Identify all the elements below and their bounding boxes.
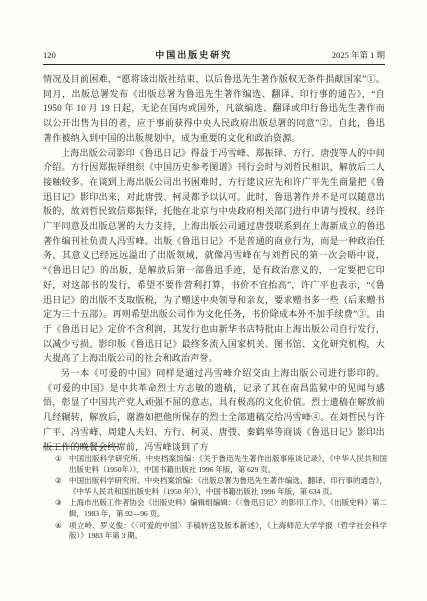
footnote-marker: ② bbox=[55, 476, 69, 497]
footnote-separator bbox=[43, 446, 119, 447]
issue-label: 2025 年第 1 期 bbox=[332, 49, 385, 61]
footnote-marker: ④ bbox=[55, 521, 69, 542]
footnote-item-3: ③ 上海市出版工作者协会《出版史料》编辑组编辑：《〈鲁迅日记〉的影印工作》，《出… bbox=[43, 498, 387, 519]
footnote-text: 项立岭、罗义俊：《〈可爱的中国〉手稿转送及版本新述》，《上海师范大学学报（哲学社… bbox=[69, 521, 387, 542]
article-body: 情况及目前困难，“愿将该出版社结束，以后鲁迅先生著作版权无条件捐献国家”①。同月… bbox=[43, 72, 385, 454]
footnote-text: 中国出版科学研究所、中央档案馆编：《出版总署为鲁迅先生著作编选、翻译、印行事的通… bbox=[69, 476, 387, 497]
paragraph-2: 上海出版公司影印《鲁迅日记》得益于冯雪峰、郑振铎、方行、唐弢等人的中间介绍。方行… bbox=[43, 146, 385, 367]
page-number: 120 bbox=[43, 50, 56, 60]
footnote-marker: ① bbox=[55, 454, 69, 475]
footnote-text: 中国出版科学研究所、中央档案馆编：《关于鲁迅先生著作出版事座谈记录》，《中华人民… bbox=[69, 454, 387, 475]
footnote-item-4: ④ 项立岭、罗义俊：《〈可爱的中国〉手稿转送及版本新述》，《上海师范大学学报（哲… bbox=[43, 521, 387, 542]
footnote-marker: ③ bbox=[55, 498, 69, 519]
journal-page: 120 中国出版史研究 2025 年第 1 期 情况及目前困难，“愿将该出版社结… bbox=[0, 0, 427, 601]
journal-title: 中国出版史研究 bbox=[155, 48, 232, 61]
page-header: 120 中国出版史研究 2025 年第 1 期 bbox=[43, 48, 385, 61]
footnotes-block: ① 中国出版科学研究所、中央档案馆编：《关于鲁迅先生著作出版事座谈记录》，《中华… bbox=[43, 446, 387, 543]
footnote-item-1: ① 中国出版科学研究所、中央档案馆编：《关于鲁迅先生著作出版事座谈记录》，《中华… bbox=[43, 454, 387, 475]
header-rule bbox=[43, 64, 385, 65]
footnote-text: 上海市出版工作者协会《出版史料》编辑组编辑：《〈鲁迅日记〉的影印工作》，《出版史… bbox=[69, 498, 387, 519]
footnotes-list: ① 中国出版科学研究所、中央档案馆编：《关于鲁迅先生著作出版事座谈记录》，《中华… bbox=[43, 454, 387, 542]
paragraph-1: 情况及目前困难，“愿将该出版社结束，以后鲁迅先生著作版权无条件捐献国家”①。同月… bbox=[43, 72, 385, 146]
paragraph-3: 另一本《可爱的中国》同样是通过冯雪峰介绍交由上海出版公司进行影印的。《可爱的中国… bbox=[43, 366, 385, 454]
footnote-item-2: ② 中国出版科学研究所、中央档案馆编：《出版总署为鲁迅先生著作编选、翻译、印行事… bbox=[43, 476, 387, 497]
